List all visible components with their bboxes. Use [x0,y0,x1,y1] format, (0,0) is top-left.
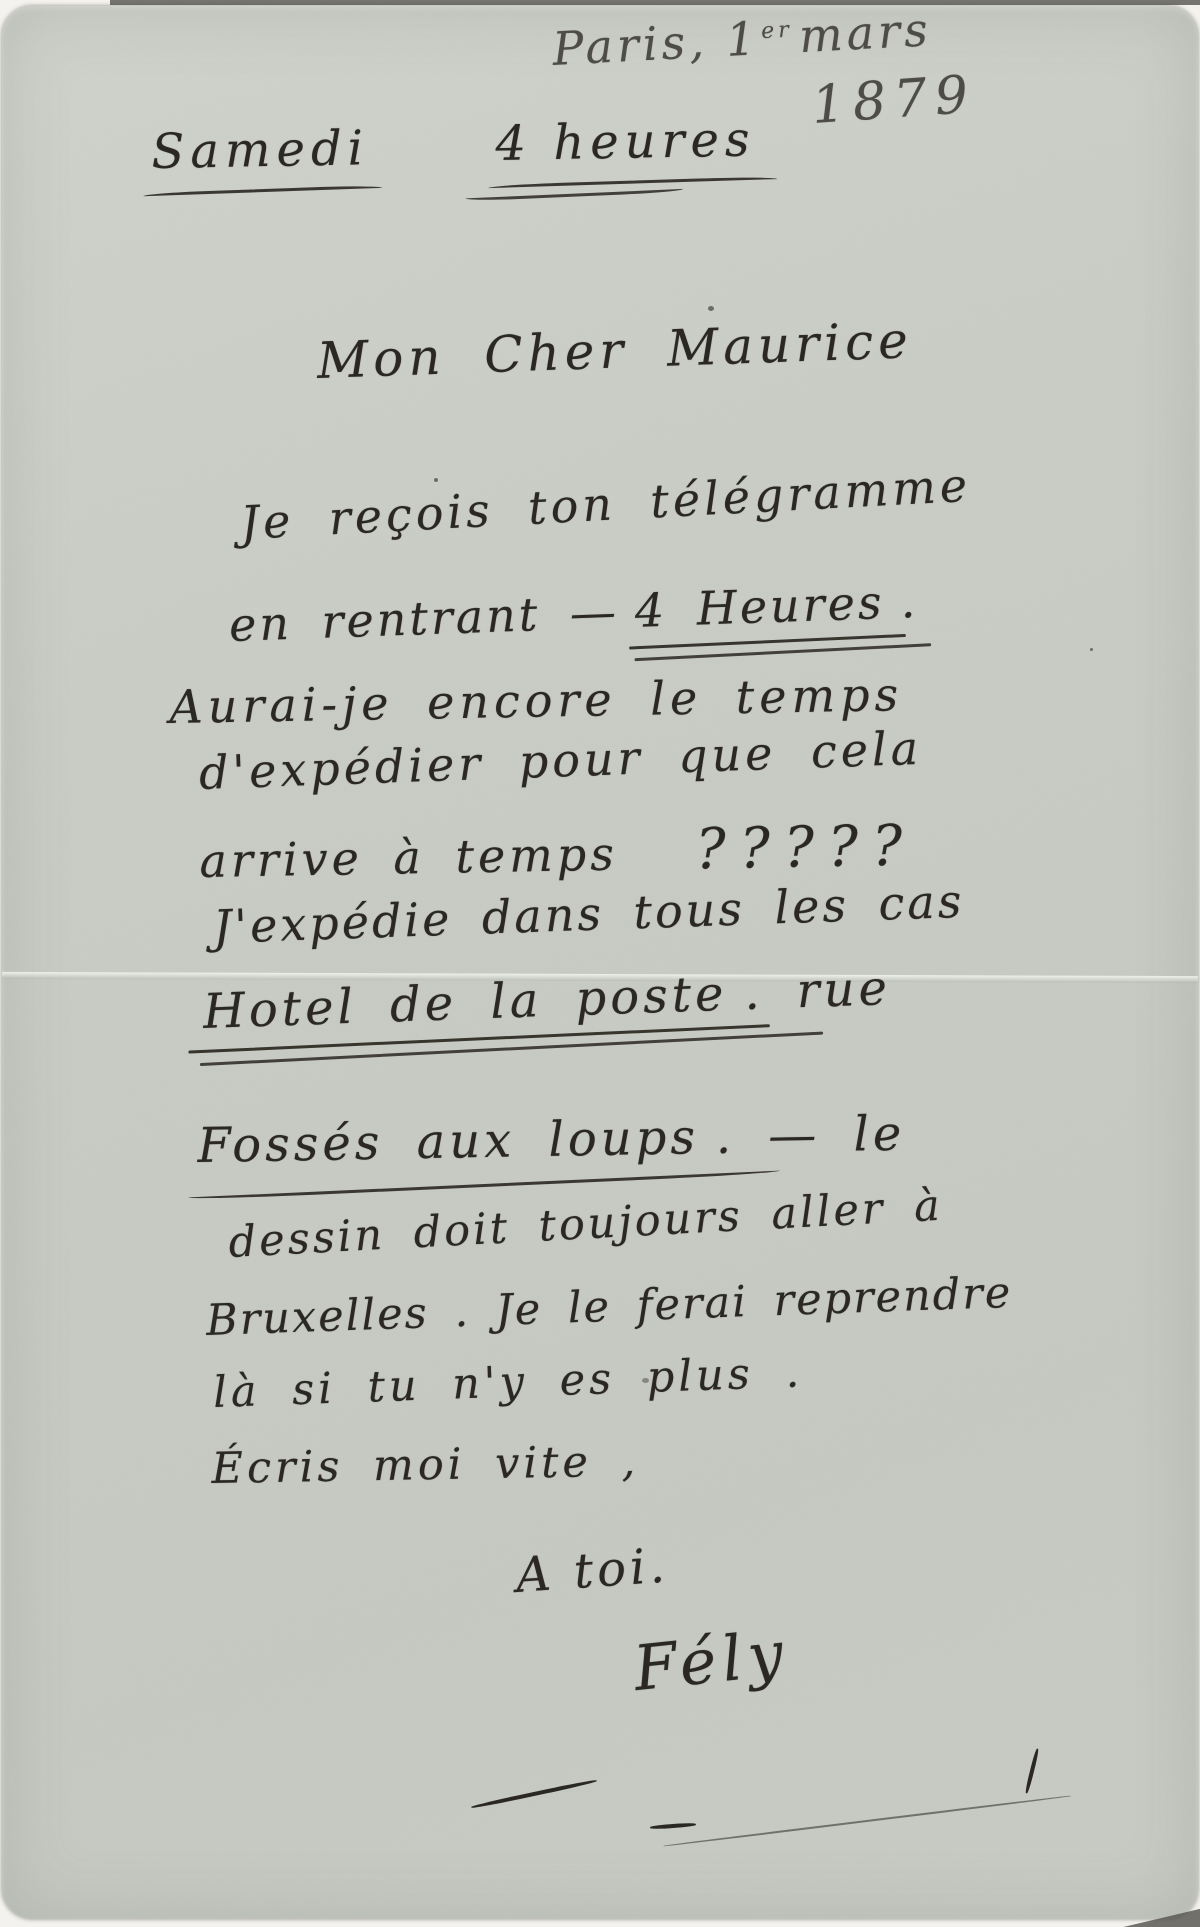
question-marks: ????? [695,814,917,883]
body-line: Fossés aux loups. — le [197,1106,906,1174]
body-line: Bruxelles . Je le ferai reprendre [205,1268,1013,1346]
body-text: . rue [743,960,892,1021]
body-line: Écris moi vite , [211,1437,640,1494]
body-text-underlined: 4 Heures [634,575,885,638]
salutation: Mon Cher Maurice [316,311,914,390]
body-text-underlined: Fossés aux loups [197,1109,699,1174]
time-heading: 4 heures [495,111,756,172]
signature-flourish [663,1795,1070,1847]
ink-speck [434,478,438,482]
signature-flourish [1024,1748,1039,1794]
signature-flourish [650,1822,696,1829]
body-text: . — le [715,1106,905,1165]
signature: Fély [630,1616,792,1705]
scan-edge-corner [1098,1907,1200,1927]
dateline-city-day: Paris, 1 [551,11,761,76]
closing-salutation: A toi. [514,1537,670,1604]
dateline-year: 1879 [810,65,978,136]
day-label: Samedi [151,120,369,180]
scan-edge-top [110,0,1200,5]
body-text: arrive à temps [199,827,618,888]
paper-grain-texture [2,6,1198,1919]
dateline-month: mars [798,2,933,63]
dateline-ordinal: er [760,17,793,44]
body-line: Aurai-je encore le temps [169,667,904,734]
time-label: 4 heures [495,111,756,172]
body-line: d'expédier pour que cela [198,721,923,800]
body-text: . [900,574,919,629]
body-line: en rentrant —4 Heures. [228,574,919,652]
letter-paper: Paris, 1ermars 1879 Samedi 4 heures Mon … [2,6,1198,1919]
body-text: en rentrant — [228,584,620,652]
signature-flourish [471,1779,597,1810]
dateline: Paris, 1ermars [551,2,933,76]
letter-scan: Paris, 1ermars 1879 Samedi 4 heures Mon … [0,0,1200,1927]
ink-speck [1090,648,1093,651]
body-line: Je reçois ton télégramme [239,458,972,550]
ink-speck [708,306,714,311]
body-line: là si tu n'y es plus . [212,1347,804,1418]
day-heading: Samedi [151,120,369,180]
